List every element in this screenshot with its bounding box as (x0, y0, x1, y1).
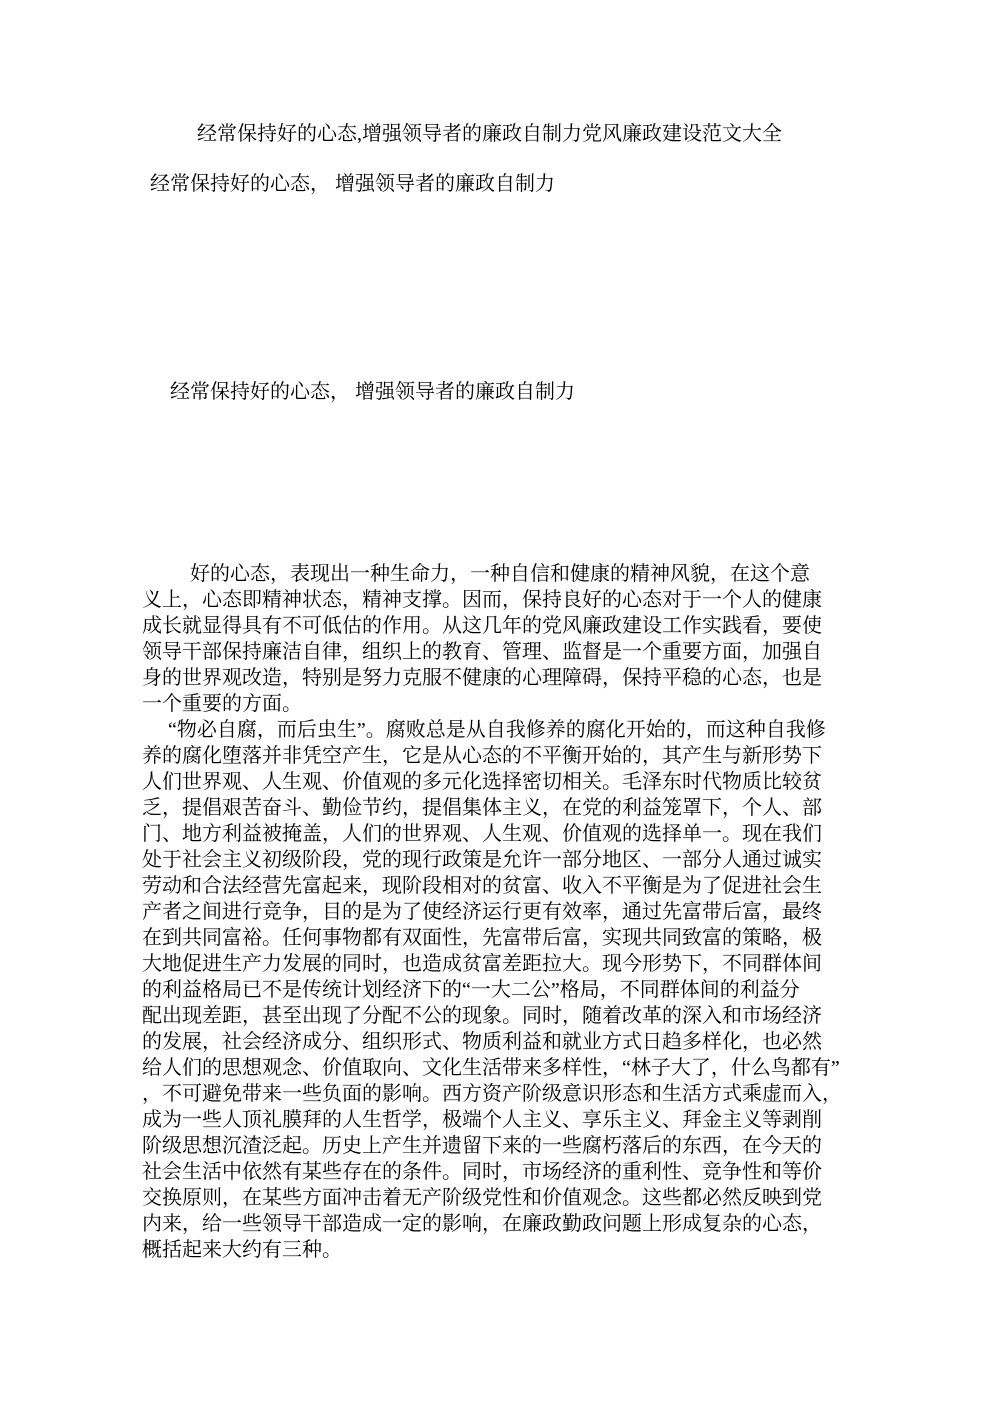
body-line: 乏，提倡艰苦奋斗、勤俭节约，提倡集体主义，在党的利益笼罩下，个人、部 (142, 795, 848, 821)
body-line: 领导干部保持廉洁自律，组织上的教育、管理、监督是一个重要方面，加强自 (142, 639, 848, 665)
body-line: 好的心态，表现出一种生命力，一种自信和健康的精神风貌，在这个意 (142, 561, 848, 587)
body-line: 身的世界观改造，特别是努力克服不健康的心理障碍，保持平稳的心态，也是 (142, 665, 848, 691)
body-line: 养的腐化堕落并非凭空产生，它是从心态的不平衡开始的，其产生与新形势下 (142, 743, 848, 769)
body-line: 的发展，社会经济成分、组织形式、物质利益和就业方式日趋多样化，也必然 (142, 1029, 848, 1055)
body-line: 内来，给一些领导干部造成一定的影响，在廉政勤政问题上形成复杂的心态， (142, 1211, 848, 1237)
document-heading: 经常保持好的心态， 增强领导者的廉政自制力 (150, 172, 555, 196)
body-line: 劳动和合法经营先富起来，现阶段相对的贫富、收入不平衡是为了促进社会生 (142, 873, 848, 899)
body-line: 概括起来大约有三种。 (142, 1237, 848, 1263)
document-body: 好的心态，表现出一种生命力，一种自信和健康的精神风貌，在这个意义上，心态即精神状… (142, 561, 848, 1263)
body-line: 在到共同富裕。任何事物都有双面性，先富带后富，实现共同致富的策略，极 (142, 925, 848, 951)
body-line: 大地促进生产力发展的同时，也造成贫富差距拉大。现今形势下，不同群体间 (142, 951, 848, 977)
body-line: 产者之间进行竞争，目的是为了使经济运行更有效率，通过先富带后富，最终 (142, 899, 848, 925)
paragraph: 好的心态，表现出一种生命力，一种自信和健康的精神风貌，在这个意义上，心态即精神状… (142, 561, 848, 717)
document-page: 经常保持好的心态,增强领导者的廉政自制力党风廉政建设范文大全 经常保持好的心态，… (0, 0, 993, 1404)
body-line: 门、地方利益被掩盖，人们的世界观、人生观、价值观的选择单一。现在我们 (142, 821, 848, 847)
body-line: 给人们的思想观念、价值取向、文化生活带来多样性，“林子大了，什么鸟都有” (142, 1055, 848, 1081)
body-line: 义上，心态即精神状态，精神支撑。因而，保持良好的心态对于一个人的健康 (142, 587, 848, 613)
document-title: 经常保持好的心态,增强领导者的廉政自制力党风廉政建设范文大全 (197, 122, 782, 146)
body-line: 成为一些人顶礼膜拜的人生哲学，极端个人主义、享乐主义、拜金主义等剥削 (142, 1107, 848, 1133)
document-subheading: 经常保持好的心态， 增强领导者的廉政自制力 (170, 380, 575, 404)
body-line: 一个重要的方面。 (142, 691, 848, 717)
paragraph: “物必自腐，而后虫生”。腐败总是从自我修养的腐化开始的，而这种自我修养的腐化堕落… (142, 717, 848, 1263)
body-line: 交换原则，在某些方面冲击着无产阶级党性和价值观念。这些都必然反映到党 (142, 1185, 848, 1211)
body-line: 成长就显得具有不可低估的作用。从这几年的党风廉政建设工作实践看，要使 (142, 613, 848, 639)
body-line: “物必自腐，而后虫生”。腐败总是从自我修养的腐化开始的，而这种自我修 (142, 717, 848, 743)
body-line: 处于社会主义初级阶段，党的现行政策是允许一部分地区、一部分人通过诚实 (142, 847, 848, 873)
body-line: 人们世界观、人生观、价值观的多元化选择密切相关。毛泽东时代物质比较贫 (142, 769, 848, 795)
body-line: 社会生活中依然有某些存在的条件。同时，市场经济的重利性、竞争性和等价 (142, 1159, 848, 1185)
body-line: 配出现差距，甚至出现了分配不公的现象。同时，随着改革的深入和市场经济 (142, 1003, 848, 1029)
body-line: ，不可避免带来一些负面的影响。西方资产阶级意识形态和生活方式乘虚而入， (142, 1081, 848, 1107)
body-line: 阶级思想沉渣泛起。历史上产生并遗留下来的一些腐朽落后的东西，在今天的 (142, 1133, 848, 1159)
body-line: 的利益格局已不是传统计划经济下的“一大二公”格局，不同群体间的利益分 (142, 977, 848, 1003)
